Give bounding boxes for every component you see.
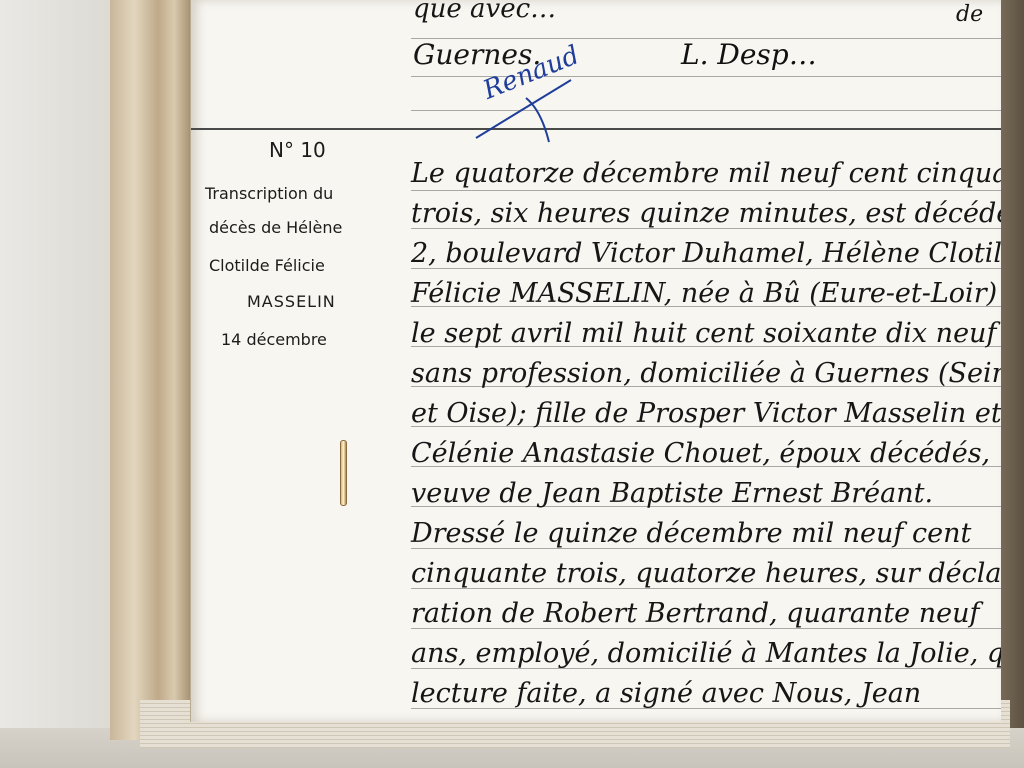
- body-line: et Oise); fille de Prosper Victor Massel…: [411, 398, 1001, 429]
- margin-line-2: décès de Hélène: [209, 218, 342, 237]
- signature-black: L. Desp…: [681, 38, 817, 71]
- signature-stroke-icon: [471, 70, 581, 145]
- body-line: Dressé le quinze décembre mil neuf cent: [411, 518, 971, 549]
- body-line: trois, six heures quinze minutes, est dé…: [411, 198, 1001, 229]
- body-line: ration de Robert Bertrand, quarante neuf: [411, 598, 980, 629]
- body-line: cinquante trois, quatorze heures, sur dé…: [411, 558, 1001, 589]
- entry-separator-line: [191, 128, 1001, 130]
- margin-line-3: Clotilde Félicie: [209, 256, 325, 275]
- background-left: [0, 0, 115, 768]
- ruled-line: [411, 190, 1001, 191]
- body-line: lecture faite, a signé avec Nous, Jean: [411, 678, 921, 709]
- margin-line-5: 14 décembre: [221, 330, 327, 349]
- body-line: sans profession, domiciliée à Guernes (S…: [411, 358, 1001, 389]
- margin-line-4: MASSELIN: [247, 292, 336, 311]
- safety-pin-icon: [340, 440, 347, 506]
- body-line: 2, boulevard Victor Duhamel, Hélène Clot…: [411, 238, 1001, 269]
- body-line: Célénie Anastasie Chouet, époux décédés,: [411, 438, 990, 469]
- body-line: Le quatorze décembre mil neuf cent cinqu…: [411, 158, 1001, 189]
- previous-entry-fragment: que avec…: [413, 0, 556, 24]
- body-line: veuve de Jean Baptiste Ernest Bréant.: [411, 478, 933, 509]
- margin-line-1: Transcription du: [205, 184, 333, 203]
- body-line: Félicie MASSELIN, née à Bû (Eure-et-Loir…: [411, 278, 997, 309]
- body-line: le sept avril mil huit cent soixante dix…: [411, 318, 996, 349]
- book-spine-edge: [110, 0, 190, 740]
- previous-entry-fragment-right: de: [956, 2, 983, 27]
- entry-number: N° 10: [269, 138, 326, 162]
- body-line: ans, employé, domicilié à Mantes la Joli…: [411, 638, 1001, 669]
- register-page: que avec… de Guernes. Renaud L. Desp… N°…: [190, 0, 1001, 722]
